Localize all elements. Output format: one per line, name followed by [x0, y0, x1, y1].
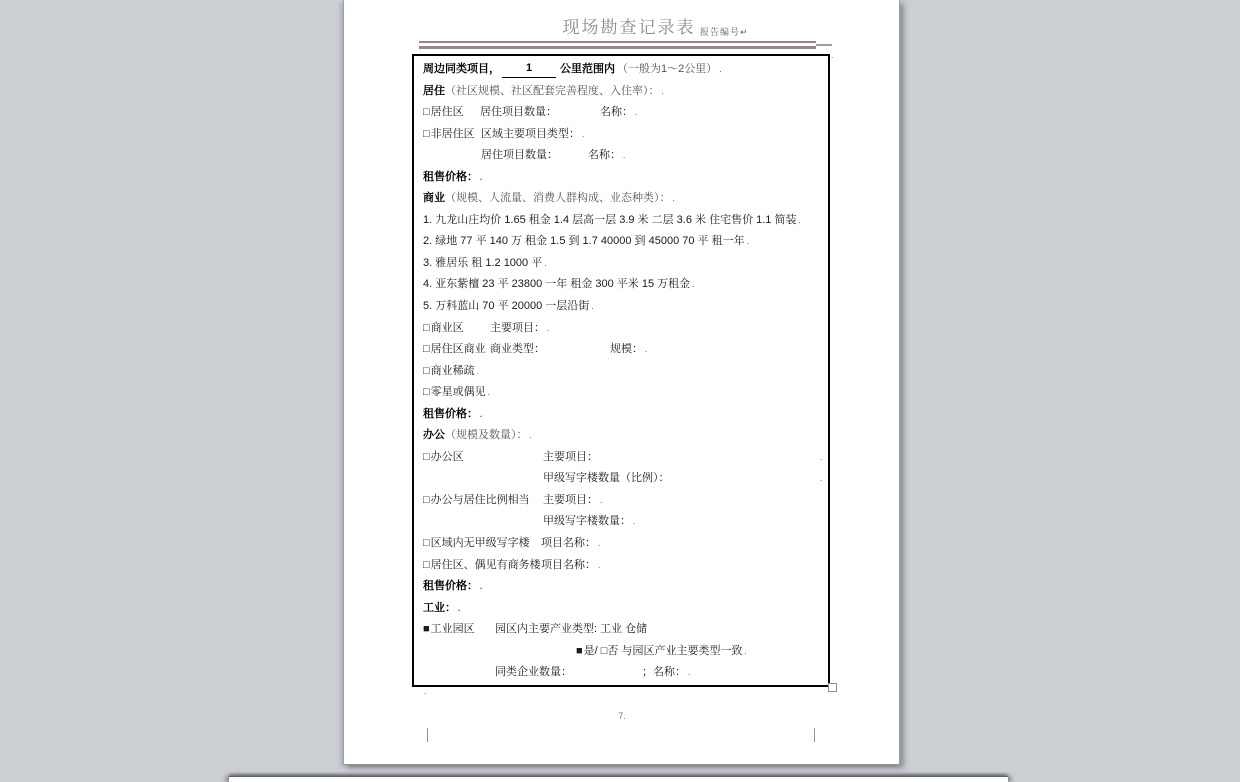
checkbox-label: 区域内无甲级写字楼: [431, 537, 530, 549]
form-row-11-seg-0: 5. 万科蓝山 70 平 20000 一层沿街.: [423, 296, 594, 318]
form-row-21: 甲级写字楼数量：.: [414, 511, 828, 533]
form-row-14-seg-0: □商业稀疏.: [423, 361, 479, 383]
checkbox-label: 工业园区: [431, 623, 475, 635]
form-row-24-seg-0: 租售价格：.: [423, 576, 482, 598]
checkbox-icon: □: [423, 494, 430, 506]
form-row-1-seg-0: 居住: [423, 81, 445, 103]
form-row-13: □居住区商业商业类型：规模：.: [414, 339, 828, 361]
paragraph-mark: .: [544, 259, 546, 268]
paragraph-mark: .: [591, 302, 593, 311]
form-row-0-seg-1: 1: [502, 60, 556, 78]
paragraph-mark: .: [820, 453, 822, 462]
paragraph-mark: .: [744, 647, 746, 656]
checkbox-checked-icon: ■: [423, 623, 430, 635]
form-row-18-seg-2: .: [818, 447, 822, 469]
checkbox-label: 是/ □否 与园区产业主要类型一致: [584, 645, 743, 657]
header-rule-tail: [816, 44, 832, 46]
form-row-25-seg-0: 工业：.: [423, 598, 460, 620]
form-row-23-seg-0: □居住区、偶见有商务楼: [423, 555, 541, 577]
form-row-0-seg-0: 周边同类项目，: [423, 59, 500, 81]
form-row-13-seg-0: □居住区商业: [423, 339, 486, 361]
paragraph-mark: .: [633, 517, 635, 526]
paragraph-mark: .: [623, 151, 625, 160]
form-row-4: 居住项目数量：名称：.: [414, 145, 828, 167]
paragraph-mark: .: [582, 130, 584, 139]
form-row-5-seg-0: 租售价格：.: [423, 167, 482, 189]
paragraph-mark: .: [480, 410, 482, 419]
form-row-9: 3. 雅居乐 租 1.2 1000 平.: [414, 253, 828, 275]
form-row-2-seg-2: 名称：.: [600, 102, 637, 124]
form-row-22-seg-0: □区域内无甲级写字楼: [423, 533, 530, 555]
paragraph-mark: .: [688, 668, 690, 677]
form-row-19-seg-0: 甲级写字楼数量（比例）：: [543, 468, 670, 490]
paragraph-mark: .: [673, 194, 675, 203]
form-row-21-seg-0: 甲级写字楼数量：.: [543, 511, 635, 533]
form-row-19-seg-1: .: [818, 468, 822, 490]
next-page-edge[interactable]: [229, 776, 1008, 782]
form-row-19: 甲级写字楼数量（比例）：.: [414, 468, 828, 490]
form-row-16-seg-0: 租售价格：.: [423, 404, 482, 426]
form-row-0: 周边同类项目，1公里范围内（一般为1～2公里）.: [414, 59, 828, 81]
form-row-20-seg-0: □办公与居住比例相当: [423, 490, 530, 512]
checkbox-label: 商业稀疏: [431, 365, 475, 377]
margin-tick-right: [814, 728, 815, 742]
checkbox-label: 居住区、偶见有商务楼: [431, 559, 541, 571]
form-row-16: 租售价格：.: [414, 404, 828, 426]
checkbox-label: 商业区: [431, 322, 464, 334]
paragraph-mark: .: [600, 496, 602, 505]
form-row-8: 2. 绿地 77 平 140 万 租金 1.5 到 1.7 40000 到 45…: [414, 231, 828, 253]
form-row-2-seg-1: 居住项目数量：: [480, 102, 557, 124]
form-row-9-seg-0: 3. 雅居乐 租 1.2 1000 平.: [423, 253, 546, 275]
paragraph-mark: .: [530, 431, 532, 440]
form-row-7: 1. 九龙山庄均价 1.65 租金 1.4 层高一层 3.9 米 二层 3.6 …: [414, 210, 828, 232]
checkbox-icon: □: [423, 128, 430, 140]
paragraph-mark: .: [798, 216, 800, 225]
checkbox-icon: □: [423, 537, 430, 549]
paragraph-mark: .: [747, 237, 749, 246]
form-row-20: □办公与居住比例相当主要项目：.: [414, 490, 828, 512]
form-row-26-seg-1: 园区内主要产业类型: 工业 仓储: [495, 619, 647, 641]
form-row-3-seg-1: 区域主要项目类型：.: [481, 124, 584, 146]
form-row-6-seg-0: 商业: [423, 188, 445, 210]
form-row-18-seg-1: 主要项目：: [543, 447, 598, 469]
checkbox-label: 居住区: [431, 106, 464, 118]
form-row-14: □商业稀疏.: [414, 361, 828, 383]
form-row-26-seg-0: ■工业园区: [423, 619, 475, 641]
checkbox-icon: □: [423, 343, 430, 355]
form-row-24: 租售价格：.: [414, 576, 828, 598]
form-row-26: ■工业园区园区内主要产业类型: 工业 仓储: [414, 619, 828, 641]
form-table: 周边同类项目，1公里范围内（一般为1～2公里）.居住（社区规模、社区配套完善程度…: [412, 54, 830, 687]
form-row-17-seg-1: （规模及数量）：.: [445, 425, 532, 447]
paragraph-mark: .: [820, 474, 822, 483]
checkbox-label: 零星或偶见: [431, 386, 486, 398]
page-number: 7.: [599, 711, 645, 721]
form-row-7-seg-0: 1. 九龙山庄均价 1.65 租金 1.4 层高一层 3.9 米 二层 3.6 …: [423, 210, 801, 232]
paragraph-mark: .: [635, 108, 637, 117]
form-row-28-seg-0: 同类企业数量：: [495, 662, 572, 684]
form-row-4-seg-1: 名称：.: [588, 145, 625, 167]
form-row-3-seg-0: □非居住区: [423, 124, 475, 146]
paragraph-mark: .: [458, 604, 460, 613]
form-row-2: □居住区居住项目数量：名称：.: [414, 102, 828, 124]
form-row-4-seg-0: 居住项目数量：: [481, 145, 558, 167]
form-row-11: 5. 万科蓝山 70 平 20000 一层沿街.: [414, 296, 828, 318]
form-row-15: □零星或偶见.: [414, 382, 828, 404]
header-double-rule: [419, 41, 816, 49]
form-row-12-seg-1: 主要项目：.: [490, 318, 549, 340]
form-row-22-seg-1: 项目名称：.: [541, 533, 600, 555]
form-row-6-seg-1: （规模、人流量、消费人群构成、业态种类）：.: [445, 188, 675, 210]
paragraph-mark: .: [547, 324, 549, 333]
checkbox-icon: □: [423, 451, 430, 463]
paragraph-mark: .: [831, 51, 834, 60]
form-row-13-seg-2: 规模：.: [610, 339, 647, 361]
form-row-5: 租售价格：.: [414, 167, 828, 189]
form-row-27: ■是/ □否 与园区产业主要类型一致.: [414, 641, 828, 663]
form-row-23: □居住区、偶见有商务楼项目名称：.: [414, 555, 828, 577]
form-row-2-seg-0: □居住区: [423, 102, 464, 124]
form-row-25: 工业：.: [414, 598, 828, 620]
form-row-8-seg-0: 2. 绿地 77 平 140 万 租金 1.5 到 1.7 40000 到 45…: [423, 231, 749, 253]
form-row-1: 居住（社区规模、社区配套完善程度、入住率）：.: [414, 81, 828, 103]
form-row-20-seg-1: 主要项目：.: [543, 490, 602, 512]
checkbox-icon: □: [423, 365, 430, 377]
form-row-0-seg-3: （一般为1～2公里）.: [617, 59, 721, 81]
form-row-22: □区域内无甲级写字楼项目名称：.: [414, 533, 828, 555]
form-row-17: 办公（规模及数量）：.: [414, 425, 828, 447]
paragraph-mark: .: [480, 173, 482, 182]
paragraph-mark: .: [692, 280, 694, 289]
form-row-12: □商业区主要项目：.: [414, 318, 828, 340]
form-row-10-seg-0: 4. 亚东紫檀 23 平 23800 一年 租金 300 平米 15 万租金.: [423, 274, 694, 296]
form-row-23-seg-1: 项目名称：.: [541, 555, 600, 577]
paragraph-mark: .: [480, 582, 482, 591]
checkbox-icon: □: [423, 106, 430, 118]
paragraph-mark: .: [719, 65, 721, 74]
form-row-1-seg-1: （社区规模、社区配套完善程度、入住率）：.: [445, 81, 664, 103]
paragraph-mark: .: [424, 687, 426, 696]
paragraph-mark: .: [662, 87, 664, 96]
document-page: 现场勘查记录表 报告编号↵ . 周边同类项目，1公里范围内（一般为1～2公里）.…: [343, 0, 900, 765]
paragraph-mark: .: [488, 388, 490, 397]
form-row-27-seg-0: ■是/ □否 与园区产业主要类型一致.: [576, 641, 747, 663]
form-row-12-seg-0: □商业区: [423, 318, 464, 340]
checkbox-label: 居住区商业: [431, 343, 486, 355]
margin-tick-left: [427, 728, 428, 742]
checkbox-icon: □: [423, 322, 430, 334]
checkbox-label: 办公区: [431, 451, 464, 463]
form-row-6: 商业（规模、人流量、消费人群构成、业态种类）：.: [414, 188, 828, 210]
form-row-10: 4. 亚东紫檀 23 平 23800 一年 租金 300 平米 15 万租金.: [414, 274, 828, 296]
paragraph-mark: .: [598, 539, 600, 548]
form-row-18-seg-0: □办公区: [423, 447, 464, 469]
form-row-0-seg-2: 公里范围内: [560, 59, 615, 81]
form-row-15-seg-0: □零星或偶见.: [423, 382, 490, 404]
form-row-3: □非居住区区域主要项目类型：.: [414, 124, 828, 146]
form-row-17-seg-0: 办公: [423, 425, 445, 447]
table-resize-handle[interactable]: [828, 683, 837, 692]
checkbox-icon: □: [423, 559, 430, 571]
paragraph-mark: .: [645, 345, 647, 354]
checkbox-label: 非居住区: [431, 128, 475, 140]
form-row-18: □办公区主要项目：.: [414, 447, 828, 469]
form-row-13-seg-1: 商业类型：: [490, 339, 545, 361]
checkbox-label: 办公与居住比例相当: [431, 494, 530, 506]
report-number-label: 报告编号↵: [700, 25, 749, 38]
form-row-28: 同类企业数量：；名称：.: [414, 662, 828, 684]
checkbox-checked-icon: ■: [576, 645, 583, 657]
paragraph-mark: .: [598, 561, 600, 570]
paragraph-mark: .: [477, 367, 479, 376]
checkbox-icon: □: [423, 386, 430, 398]
form-row-28-seg-1: ；名称：.: [642, 662, 690, 684]
